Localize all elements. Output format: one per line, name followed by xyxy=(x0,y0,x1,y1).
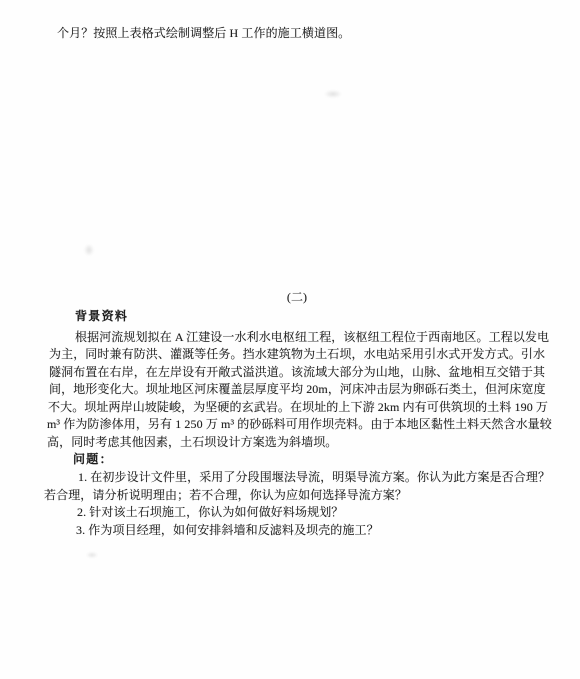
paragraph-line: 隧洞布置在右岸，在左岸设有开敞式溢洪道。该流域大部分为山地，山脉、盆地相互交错于… xyxy=(49,365,545,380)
scan-smudge xyxy=(324,90,342,98)
scan-smudge xyxy=(84,244,94,256)
question-line: 3. 作为项目经理，如何安排斜墙和反滤料及坝壳的施工？ xyxy=(76,523,379,538)
paragraph-line: m³ 作为防渗体用，另有 1 250 万 m³ 的砂砾料可用作坝壳料。由于本地区… xyxy=(47,417,552,432)
section-number: (二) xyxy=(49,290,545,305)
question-line: 若合理，请分析说明理由；若不合理，你认为应如何选择导流方案？ xyxy=(44,488,407,503)
carryover-question-line: 个月？按照上表格式绘制调整后 H 工作的施工横道图。 xyxy=(57,26,350,41)
paragraph-line: 根据河流规划拟在 A 江建设一水利水电枢纽工程，该枢纽工程位于西南地区。工程以发… xyxy=(75,330,549,345)
scanned-document-page: 个月？按照上表格式绘制调整后 H 工作的施工横道图。 (二) 背景资料 根据河流… xyxy=(0,0,580,679)
paragraph-line: 为主，同时兼有防洪、灌溉等任务。挡水建筑物为土石坝，水电站采用引水式开发方式。引… xyxy=(49,347,545,362)
scan-smudge xyxy=(86,552,98,558)
question-line: 1. 在初步设计文件里，采用了分段围堰法导流，明渠导流方案。你认为此方案是否合理… xyxy=(78,470,550,485)
background-heading: 背景资料 xyxy=(75,309,128,324)
question-line: 2. 针对该土石坝施工，你认为如何做好料场规划？ xyxy=(77,505,343,520)
paragraph-line: 高，同时考虑其他因素，土石坝设计方案选为斜墙坝。 xyxy=(47,435,337,450)
paragraph-line: 不大。坝址两岸山坡陡峻，为坚硬的玄武岩。在坝址的上下游 2km 内有可供筑坝的土… xyxy=(48,400,548,415)
questions-heading: 问题： xyxy=(73,452,113,467)
paragraph-line: 间，地形变化大。坝址地区河床覆盖层厚度平均 20m，河床冲击层为卵砾石类土，但河… xyxy=(49,382,546,397)
